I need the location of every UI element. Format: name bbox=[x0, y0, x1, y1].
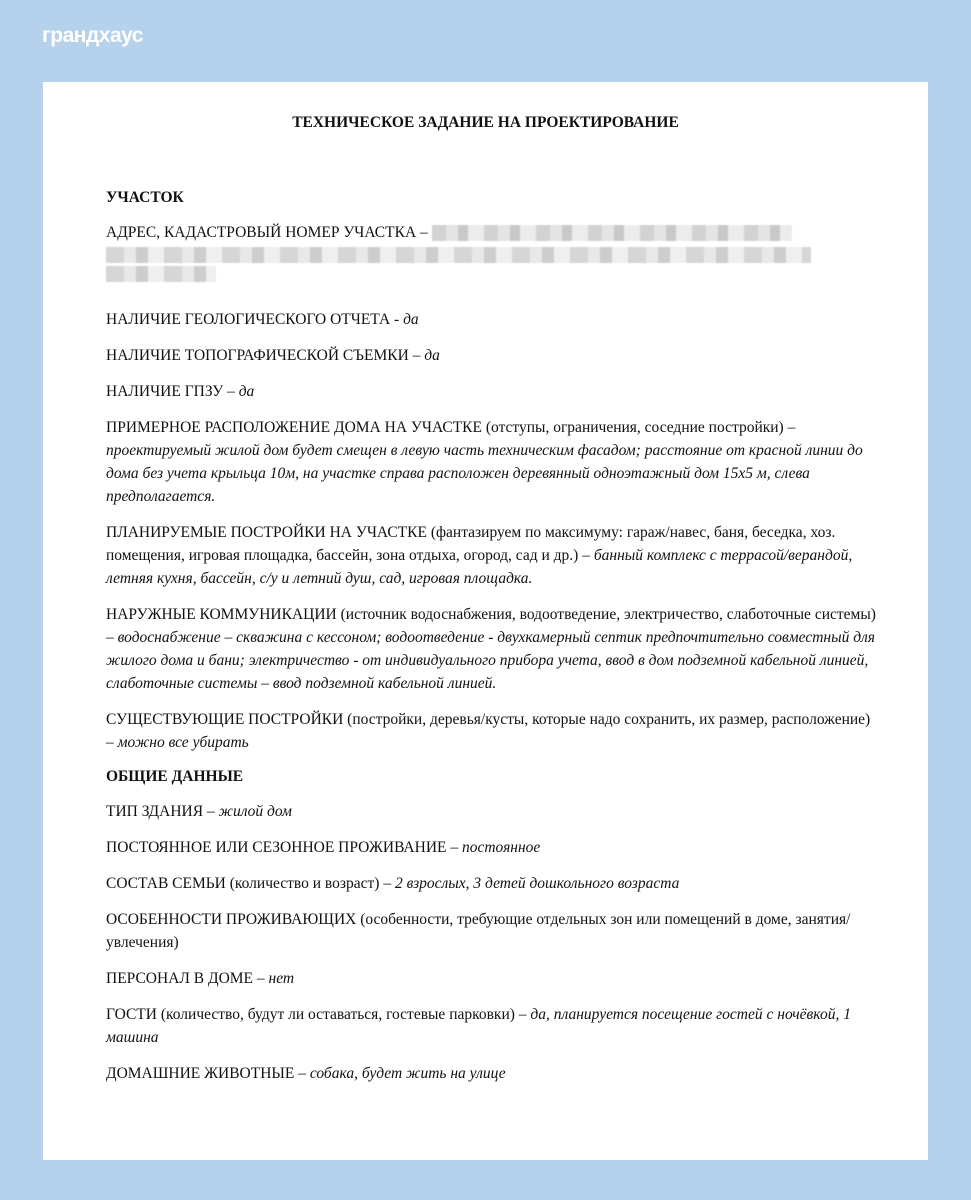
redacted-text bbox=[106, 266, 216, 282]
field-note: (отступы, ограничения, соседние постройк… bbox=[486, 419, 795, 436]
field-answer: да bbox=[424, 347, 440, 364]
field-row: ПЛАНИРУЕМЫЕ ПОСТРОЙКИ НА УЧАСТКЕ (фантаз… bbox=[106, 521, 876, 590]
field-row: ТИП ЗДАНИЯ – жилой дом bbox=[106, 800, 876, 823]
field-answer: 2 взрослых, 3 детей дошкольного возраста bbox=[395, 875, 679, 892]
field-row: АДРЕС, КАДАСТРОВЫЙ НОМЕР УЧАСТКА – bbox=[106, 221, 876, 282]
field-row: ОСОБЕННОСТИ ПРОЖИВАЮЩИХ (особенности, тр… bbox=[106, 908, 876, 954]
field-label: НАЛИЧИЕ ТОПОГРАФИЧЕСКОЙ СЪЕМКИ – bbox=[106, 347, 420, 364]
field-label: НАРУЖНЫЕ КОММУНИКАЦИИ bbox=[106, 606, 337, 623]
field-label: ДОМАШНИЕ ЖИВОТНЫЕ – bbox=[106, 1065, 306, 1082]
section-heading: ОБЩИЕ ДАННЫЕ bbox=[106, 765, 876, 788]
field-row: НАЛИЧИЕ ГПЗУ – да bbox=[106, 380, 876, 403]
document-body: УЧАСТОКАДРЕС, КАДАСТРОВЫЙ НОМЕР УЧАСТКА … bbox=[106, 186, 876, 1098]
field-row: НАЛИЧИЕ ГЕОЛОГИЧЕСКОГО ОТЧЕТА - да bbox=[106, 308, 876, 331]
field-label: АДРЕС, КАДАСТРОВЫЙ НОМЕР УЧАСТКА – bbox=[106, 224, 428, 241]
field-label: СУЩЕСТВУЮЩИЕ ПОСТРОЙКИ bbox=[106, 711, 343, 728]
field-label: ОСОБЕННОСТИ ПРОЖИВАЮЩИХ bbox=[106, 911, 356, 928]
field-answer: да bbox=[403, 311, 419, 328]
document-page: ТЕХНИЧЕСКОЕ ЗАДАНИЕ НА ПРОЕКТИРОВАНИЕ УЧ… bbox=[43, 82, 928, 1160]
field-label: НАЛИЧИЕ ГЕОЛОГИЧЕСКОГО ОТЧЕТА - bbox=[106, 311, 399, 328]
field-label: ТИП ЗДАНИЯ – bbox=[106, 803, 215, 820]
field-row: НАРУЖНЫЕ КОММУНИКАЦИИ (источник водоснаб… bbox=[106, 603, 876, 695]
field-row: ПРИМЕРНОЕ РАСПОЛОЖЕНИЕ ДОМА НА УЧАСТКЕ (… bbox=[106, 416, 876, 508]
field-answer: да bbox=[239, 383, 255, 400]
section-heading: УЧАСТОК bbox=[106, 186, 876, 209]
field-label: СОСТАВ СЕМЬИ bbox=[106, 875, 226, 892]
field-answer: можно все убирать bbox=[118, 734, 249, 751]
field-answer: водоснабжение – скважина с кессоном; вод… bbox=[106, 629, 875, 692]
field-row: ПЕРСОНАЛ В ДОМЕ – нет bbox=[106, 967, 876, 990]
redacted-text bbox=[432, 225, 792, 241]
field-answer: собака, будет жить на улице bbox=[310, 1065, 506, 1082]
brand-logo: грандхаус bbox=[42, 24, 143, 48]
field-label: ГОСТИ bbox=[106, 1006, 157, 1023]
field-row: ГОСТИ (количество, будут ли оставаться, … bbox=[106, 1003, 876, 1049]
field-label: ПЛАНИРУЕМЫЕ ПОСТРОЙКИ НА УЧАСТКЕ bbox=[106, 524, 427, 541]
field-label: ПРИМЕРНОЕ РАСПОЛОЖЕНИЕ ДОМА НА УЧАСТКЕ bbox=[106, 419, 482, 436]
field-note: (количество и возраст) – bbox=[230, 875, 391, 892]
field-label: ПОСТОЯННОЕ ИЛИ СЕЗОННОЕ ПРОЖИВАНИЕ – bbox=[106, 839, 458, 856]
field-row: ДОМАШНИЕ ЖИВОТНЫЕ – собака, будет жить н… bbox=[106, 1062, 876, 1085]
field-row: НАЛИЧИЕ ТОПОГРАФИЧЕСКОЙ СЪЕМКИ – да bbox=[106, 344, 876, 367]
field-answer: нет bbox=[269, 970, 295, 987]
field-answer: жилой дом bbox=[219, 803, 292, 820]
field-label: ПЕРСОНАЛ В ДОМЕ – bbox=[106, 970, 265, 987]
field-row: СУЩЕСТВУЮЩИЕ ПОСТРОЙКИ (постройки, дерев… bbox=[106, 708, 876, 754]
redacted-text bbox=[106, 247, 811, 263]
field-answer: проектируемый жилой дом будет смещен в л… bbox=[106, 442, 863, 505]
field-label: НАЛИЧИЕ ГПЗУ – bbox=[106, 383, 235, 400]
field-note: (количество, будут ли оставаться, гостев… bbox=[161, 1006, 527, 1023]
field-row: ПОСТОЯННОЕ ИЛИ СЕЗОННОЕ ПРОЖИВАНИЕ – пос… bbox=[106, 836, 876, 859]
field-row: СОСТАВ СЕМЬИ (количество и возраст) – 2 … bbox=[106, 872, 876, 895]
document-title: ТЕХНИЧЕСКОЕ ЗАДАНИЕ НА ПРОЕКТИРОВАНИЕ bbox=[43, 114, 928, 132]
field-answer: постоянное bbox=[462, 839, 540, 856]
